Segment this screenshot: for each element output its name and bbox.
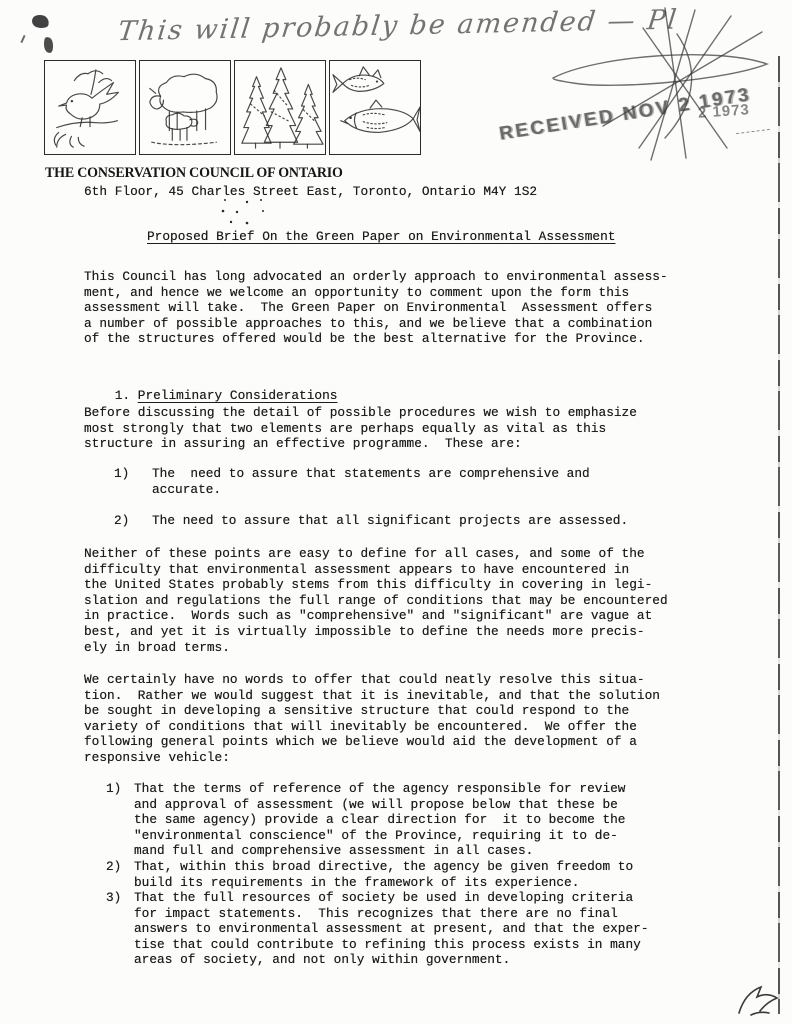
- section-number: 1.: [115, 388, 138, 403]
- scanned-document-page: This will probably be amended — Pl: [0, 0, 792, 1024]
- list1-item1-number: 1): [114, 466, 129, 482]
- document-title: Proposed Brief On the Green Paper on Env…: [147, 229, 615, 245]
- list2-item2-text: That, within this broad directive, the a…: [134, 859, 633, 890]
- list1-item1-text: The need to assure that statements are c…: [152, 466, 590, 497]
- bird-icon: [45, 61, 135, 154]
- corner-pen-mark: [731, 979, 785, 1021]
- ink-blot-mark: [28, 13, 68, 59]
- trees-icon: [235, 61, 325, 154]
- illustration-evergreen-trees: [234, 60, 326, 155]
- pen-tick-mark: [20, 35, 25, 43]
- ink-blob: [31, 13, 51, 30]
- ink-blob-small: [43, 36, 54, 53]
- fish-icon: [330, 61, 420, 154]
- list2-item3-number: 3): [106, 890, 121, 906]
- sheep-icon: [140, 61, 230, 154]
- organization-address: 6th Floor, 45 Charles Street East, Toron…: [84, 184, 537, 200]
- list2-item1-number: 1): [106, 781, 121, 797]
- organization-name: THE CONSERVATION COUNCIL OF ONTARIO: [45, 165, 343, 182]
- page-edge-scan-line: [778, 56, 780, 1014]
- pen-scribble-mark: [545, 6, 780, 166]
- list2-item1-text: That the terms of reference of the agenc…: [134, 781, 625, 859]
- list1-item2-text: The need to assure that all significant …: [152, 513, 628, 529]
- paragraph-4: We certainly have no words to offer that…: [84, 672, 660, 766]
- list2-item3-text: That the full resources of society be us…: [134, 890, 649, 968]
- illustration-fish: [329, 60, 421, 155]
- letterhead-illustrations: [44, 60, 421, 155]
- paragraph-2: Before discussing the detail of possible…: [84, 405, 637, 452]
- list2-item2-number: 2): [106, 859, 121, 875]
- paragraph-1: This Council has long advocated an order…: [84, 269, 668, 347]
- list1-item2-number: 2): [114, 513, 129, 529]
- paragraph-3: Neither of these points are easy to defi…: [84, 546, 668, 655]
- section-title: Preliminary Considerations: [138, 388, 338, 403]
- illustration-sheep-and-lamb: [139, 60, 231, 155]
- illustration-bird: [44, 60, 136, 155]
